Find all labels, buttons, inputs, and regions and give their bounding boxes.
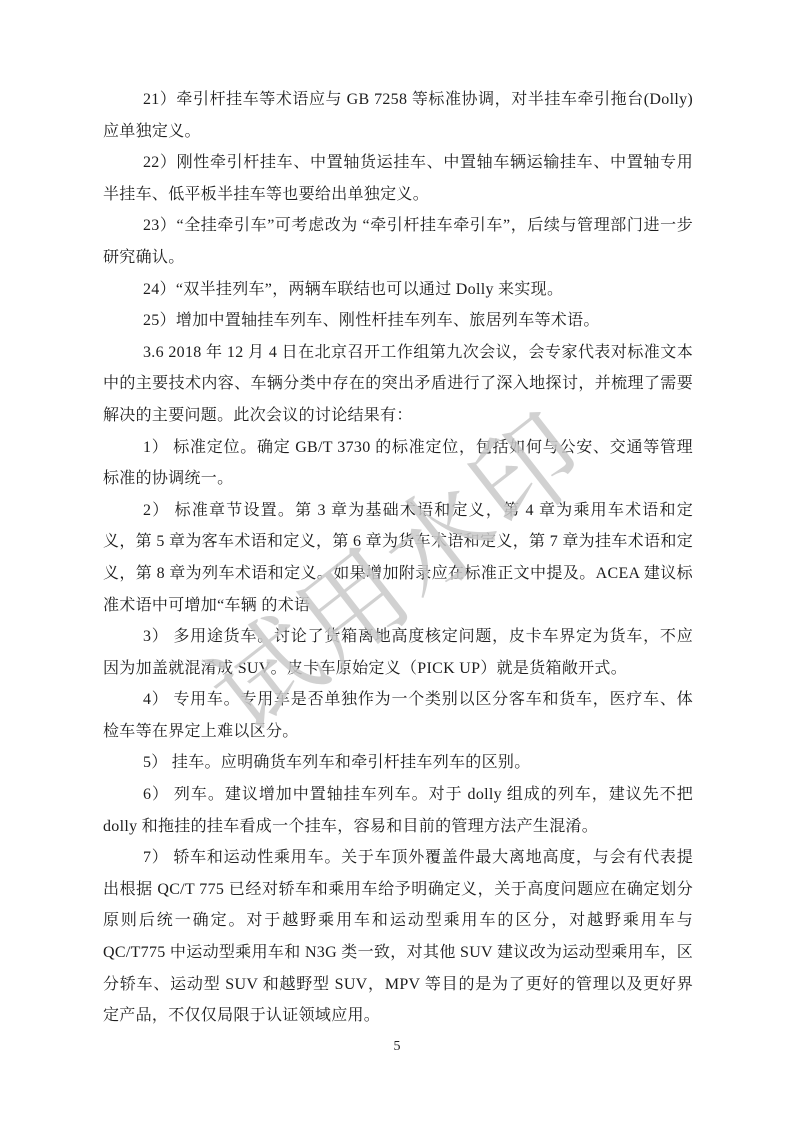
- paragraph-item-7: 7） 轿车和运动性乘用车。关于车顶外覆盖件最大离地高度，与会有代表提出根据 QC…: [103, 842, 693, 1032]
- paragraph-section-3-6: 3.6 2018 年 12 月 4 日在北京召开工作组第九次会议，会专家代表对标…: [103, 337, 693, 432]
- paragraph-item-22: 22）刚性牵引杆挂车、中置轴货运挂车、中置轴车辆运输挂车、中置轴专用半挂车、低平…: [103, 147, 693, 210]
- page-number: 5: [0, 1038, 794, 1056]
- paragraph-item-23: 23）“全挂牵引车”可考虑改为 “牵引杆挂车牵引车”，后续与管理部门进一步研究确…: [103, 210, 693, 273]
- document-body: 21）牵引杆挂车等术语应与 GB 7258 等标准协调，对半挂车牵引拖台(Dol…: [103, 84, 693, 1032]
- paragraph-item-5: 5） 挂车。应明确货车列车和牵引杆挂车列车的区别。: [103, 747, 693, 779]
- paragraph-item-1: 1） 标准定位。确定 GB/T 3730 的标准定位，包括如何与公安、交通等管理…: [103, 432, 693, 495]
- paragraph-item-6: 6） 列车。建议增加中置轴挂车列车。对于 dolly 组成的列车，建议先不把 d…: [103, 779, 693, 842]
- paragraph-item-21: 21）牵引杆挂车等术语应与 GB 7258 等标准协调，对半挂车牵引拖台(Dol…: [103, 84, 693, 147]
- document-page: 试用水印 21）牵引杆挂车等术语应与 GB 7258 等标准协调，对半挂车牵引拖…: [0, 0, 794, 1123]
- paragraph-item-25: 25）增加中置轴挂车列车、刚性杆挂车列车、旅居列车等术语。: [103, 305, 693, 337]
- paragraph-item-24: 24）“双半挂列车”，两辆车联结也可以通过 Dolly 来实现。: [103, 274, 693, 306]
- paragraph-item-3: 3） 多用途货车。讨论了货箱离地高度核定问题，皮卡车界定为货车，不应因为加盖就混…: [103, 621, 693, 684]
- paragraph-item-4: 4） 专用车。专用车是否单独作为一个类别以区分客车和货车，医疗车、体检车等在界定…: [103, 684, 693, 747]
- paragraph-item-2: 2） 标准章节设置。第 3 章为基础术语和定义，第 4 章为乘用车术语和定义，第…: [103, 495, 693, 621]
